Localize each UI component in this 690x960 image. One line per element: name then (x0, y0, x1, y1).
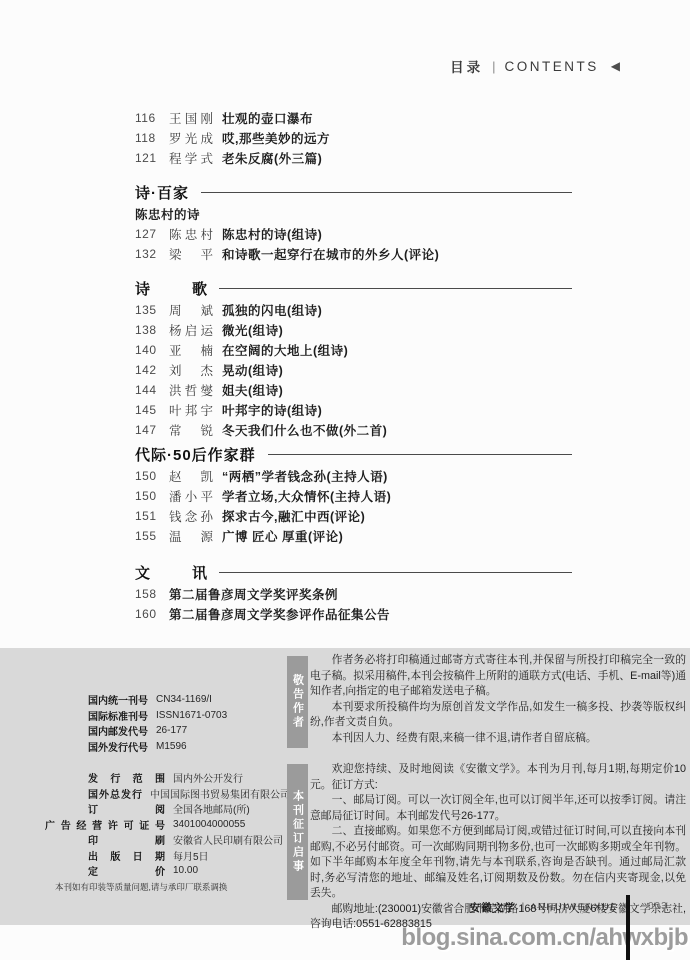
entry-author: 梁平 (169, 245, 213, 263)
toc-entry: 144 洪哲燮 姐夫(组诗) (135, 380, 572, 400)
brand-vertical-bar (626, 895, 630, 960)
entry-title: 和诗歌一起穿行在城市的外乡人(评论) (222, 245, 572, 263)
pub-value: 安徽省人民印刷有限公司 (173, 832, 283, 847)
pub-label: 国内邮发代号 (88, 723, 148, 738)
entry-author: 陈忠村 (169, 225, 213, 243)
section-title: 文讯 (135, 562, 207, 583)
entry-page-number: 142 (135, 363, 169, 377)
entry-page-number: 140 (135, 343, 169, 357)
section-header-generation-50s: 代际·50后作家群 (135, 442, 572, 466)
section-rule (219, 572, 572, 573)
pub-label: 国际标准刊号 (88, 708, 148, 723)
entry-title: 陈忠村的诗(组诗) (222, 225, 572, 243)
subscription-paragraph: 一、邮局订阅。可以一次订阅全年,也可以订阅半年,还可以按季订阅。请注意邮局征订时… (310, 793, 686, 824)
entry-author: 刘杰 (169, 361, 213, 379)
pub-row: 国内统一刊号 CN34-1169/I (45, 692, 290, 708)
toc-entry: 140 亚楠 在空阔的大地上(组诗) (135, 340, 572, 360)
pub-label: 国外发行代号 (88, 739, 148, 754)
pub-row: 定价 10.00 (45, 863, 290, 879)
entry-title: 第二届鲁彦周文学奖评奖条例 (169, 585, 572, 603)
entry-page-number: 118 (135, 131, 169, 145)
entry-title: 微光(组诗) (222, 321, 572, 339)
entry-page-number: 135 (135, 303, 169, 317)
page-header: 目录 | CONTENTS ◀ (450, 56, 620, 76)
entry-title: “两栖”学者钱念孙(主持人语) (222, 467, 572, 485)
entry-page-number: 132 (135, 247, 169, 261)
pub-row: 广告经营许可证号 3401004000055 (45, 817, 290, 833)
toc-entry: 138 杨启运 微光(组诗) (135, 320, 572, 340)
entry-page-number: 155 (135, 529, 169, 543)
entry-author: 温源 (169, 527, 213, 545)
entry-page-number: 116 (135, 111, 169, 125)
header-title-zh: 目录 (450, 56, 483, 76)
pub-value: ISSN1671-0703 (156, 710, 227, 721)
pub-label: 国外总发行 (88, 786, 142, 801)
entry-author: 罗光成 (169, 129, 213, 147)
entry-author: 亚楠 (169, 341, 213, 359)
section-subtitle: 陈忠村的诗 (135, 204, 572, 224)
entry-author: 钱念孙 (169, 507, 213, 525)
journal-name-en: ANHUIWENXUE (530, 902, 618, 913)
pub-row: 国内邮发代号 26-177 (45, 723, 290, 739)
section-header-poetry-hundred: 诗·百家 (135, 180, 572, 204)
blog-watermark: blog.sina.com.cn/ahwxbjb (401, 924, 688, 952)
section-rule (201, 192, 572, 193)
pub-label: 定价 (88, 863, 165, 878)
entry-page-number: 158 (135, 587, 169, 601)
toc-entry: 145 叶邦宇 叶邦宇的诗(组诗) (135, 400, 572, 420)
toc-entry: 150 赵凯 “两栖”学者钱念孙(主持人语) (135, 466, 572, 486)
toc-entry: 142 刘杰 晃动(组诗) (135, 360, 572, 380)
section-header-news: 文讯 (135, 560, 572, 584)
print-quality-note: 本刊如有印装等质量问题,请与承印厂联系调换 (45, 881, 290, 893)
section-title: 诗·百家 (135, 182, 189, 203)
table-of-contents: 116 王国刚 壮观的壶口瀑布 118 罗光成 哎,那些美妙的远方 121 程学… (135, 108, 572, 624)
entry-author: 洪哲燮 (169, 381, 213, 399)
subscription-paragraph: 欢迎您持续、及时地阅读《安徽文学》。本刊为月刊,每月1期,每期定价10元。征订方… (310, 762, 686, 793)
notices-text: 作者务必将打印稿通过邮寄方式寄往本刊,并保留与所投打印稿完全一致的电子稿。拟采用… (310, 653, 686, 933)
toc-entry: 158 第二届鲁彦周文学奖评奖条例 (135, 584, 572, 604)
pub-value: 26-177 (156, 725, 187, 736)
entry-title: 老朱反腐(外三篇) (222, 149, 572, 167)
toc-entry: 116 王国刚 壮观的壶口瀑布 (135, 108, 572, 128)
tab-notice-to-authors: 敬告作者 (287, 656, 308, 748)
pub-value: 全国各地邮局(所) (173, 801, 250, 816)
pub-label: 发行范围 (88, 770, 165, 785)
entry-page-number: 127 (135, 227, 169, 241)
toc-entry: 132 梁平 和诗歌一起穿行在城市的外乡人(评论) (135, 244, 572, 264)
entry-title: 姐夫(组诗) (222, 381, 572, 399)
magazine-contents-page: 目录 | CONTENTS ◀ 116 王国刚 壮观的壶口瀑布 118 罗光成 … (0, 0, 690, 960)
toc-entry: 147 常锐 冬天我们什么也不做(外二首) (135, 420, 572, 440)
entry-page-number: 121 (135, 151, 169, 165)
entry-author: 周斌 (169, 301, 213, 319)
entry-title: 晃动(组诗) (222, 361, 572, 379)
pub-value: 国内外公开发行 (173, 770, 243, 785)
entry-page-number: 150 (135, 489, 169, 503)
pub-label: 印刷 (88, 832, 165, 847)
toc-entry: 160 第二届鲁彦周文学奖参评作品征集公告 (135, 604, 572, 624)
entry-title: 广博 匠心 厚重(评论) (222, 527, 572, 545)
entry-title: 第二届鲁彦周文学奖参评作品征集公告 (169, 605, 572, 623)
brand-divider: | (522, 902, 525, 913)
section-rule (219, 288, 572, 289)
entry-title: 叶邦宇的诗(组诗) (222, 401, 572, 419)
section-title: 代际·50后作家群 (135, 444, 256, 465)
entry-page-number: 160 (135, 607, 169, 621)
header-title-en: CONTENTS (505, 59, 599, 74)
entry-author: 杨启运 (169, 321, 213, 339)
author-notice-paragraph: 本刊要求所投稿件均为原创首发文学作品,如发生一稿多投、抄袭等版权纠纷,作者文责自… (310, 700, 686, 731)
pub-row: 国际标准刊号 ISSN1671-0703 (45, 708, 290, 724)
entry-author: 程学式 (169, 149, 213, 167)
pub-row: 订阅 全国各地邮局(所) (45, 801, 290, 817)
pub-row: 出版日期 每月5日 (45, 848, 290, 864)
entry-page-number: 138 (135, 323, 169, 337)
entry-page-number: 145 (135, 403, 169, 417)
entry-title: 学者立场,大众情怀(主持人语) (222, 487, 572, 505)
entry-author: 叶邦宇 (169, 401, 213, 419)
entry-author: 潘小平 (169, 487, 213, 505)
folio-page-number: 003 (648, 901, 668, 912)
spacer (45, 754, 290, 770)
subscription-paragraph: 二、直接邮购。如果您不方便到邮局订阅,或错过征订时间,可以直接向本刊邮购,不必另… (310, 824, 686, 902)
pub-label: 订阅 (88, 801, 165, 816)
entry-author: 王国刚 (169, 109, 213, 127)
tab-subscription-notice: 本刊征订启事 (287, 764, 308, 900)
entry-page-number: 150 (135, 469, 169, 483)
publication-codes: 国内统一刊号 CN34-1169/I 国际标准刊号 ISSN1671-0703 … (45, 692, 290, 893)
entry-author: 赵凯 (169, 467, 213, 485)
back-triangle-icon: ◀ (611, 59, 620, 73)
pub-value: 中国国际图书贸易集团有限公司 (150, 786, 290, 801)
toc-entry: 151 钱念孙 探求古今,融汇中西(评论) (135, 506, 572, 526)
journal-brand: 安徽文学 | ANHUIWENXUE (470, 900, 618, 915)
toc-entry: 150 潘小平 学者立场,大众情怀(主持人语) (135, 486, 572, 506)
pub-row: 印刷 安徽省人民印刷有限公司 (45, 832, 290, 848)
author-notice-paragraph: 作者务必将打印稿通过邮寄方式寄往本刊,并保留与所投打印稿完全一致的电子稿。拟采用… (310, 653, 686, 700)
pub-row: 发行范围 国内外公开发行 (45, 770, 290, 786)
entry-title: 壮观的壶口瀑布 (222, 109, 572, 127)
entry-page-number: 151 (135, 509, 169, 523)
author-notice-paragraph: 本刊因人力、经费有限,来稿一律不退,请作者自留底稿。 (310, 731, 686, 747)
toc-entry: 135 周斌 孤独的闪电(组诗) (135, 300, 572, 320)
pub-value: CN34-1169/I (156, 694, 212, 705)
toc-entry: 121 程学式 老朱反腐(外三篇) (135, 148, 572, 168)
pub-value: 3401004000055 (173, 819, 245, 830)
pub-label: 广告经营许可证号 (45, 817, 165, 832)
publication-info-panel: 国内统一刊号 CN34-1169/I 国际标准刊号 ISSN1671-0703 … (0, 648, 690, 925)
pub-label: 国内统一刊号 (88, 692, 148, 707)
entry-page-number: 144 (135, 383, 169, 397)
pub-row: 国外总发行 中国国际图书贸易集团有限公司 (45, 786, 290, 802)
entry-title: 探求古今,融汇中西(评论) (222, 507, 572, 525)
header-divider: | (492, 59, 495, 74)
pub-value: 每月5日 (173, 848, 209, 863)
toc-entry: 155 温源 广博 匠心 厚重(评论) (135, 526, 572, 546)
entry-author: 常锐 (169, 421, 213, 439)
section-rule (268, 454, 572, 455)
entry-title: 在空阔的大地上(组诗) (222, 341, 572, 359)
pub-label: 出版日期 (88, 848, 165, 863)
toc-entry: 118 罗光成 哎,那些美妙的远方 (135, 128, 572, 148)
entry-title: 哎,那些美妙的远方 (222, 129, 572, 147)
entry-page-number: 147 (135, 423, 169, 437)
section-title: 诗歌 (135, 278, 207, 299)
toc-entry: 127 陈忠村 陈忠村的诗(组诗) (135, 224, 572, 244)
pub-value: 10.00 (173, 865, 198, 876)
entry-title: 孤独的闪电(组诗) (222, 301, 572, 319)
entry-title: 冬天我们什么也不做(外二首) (222, 421, 572, 439)
pub-value: M1596 (156, 741, 187, 752)
section-header-poetry: 诗歌 (135, 276, 572, 300)
journal-name-zh: 安徽文学 (470, 900, 516, 915)
pub-row: 国外发行代号 M1596 (45, 739, 290, 755)
